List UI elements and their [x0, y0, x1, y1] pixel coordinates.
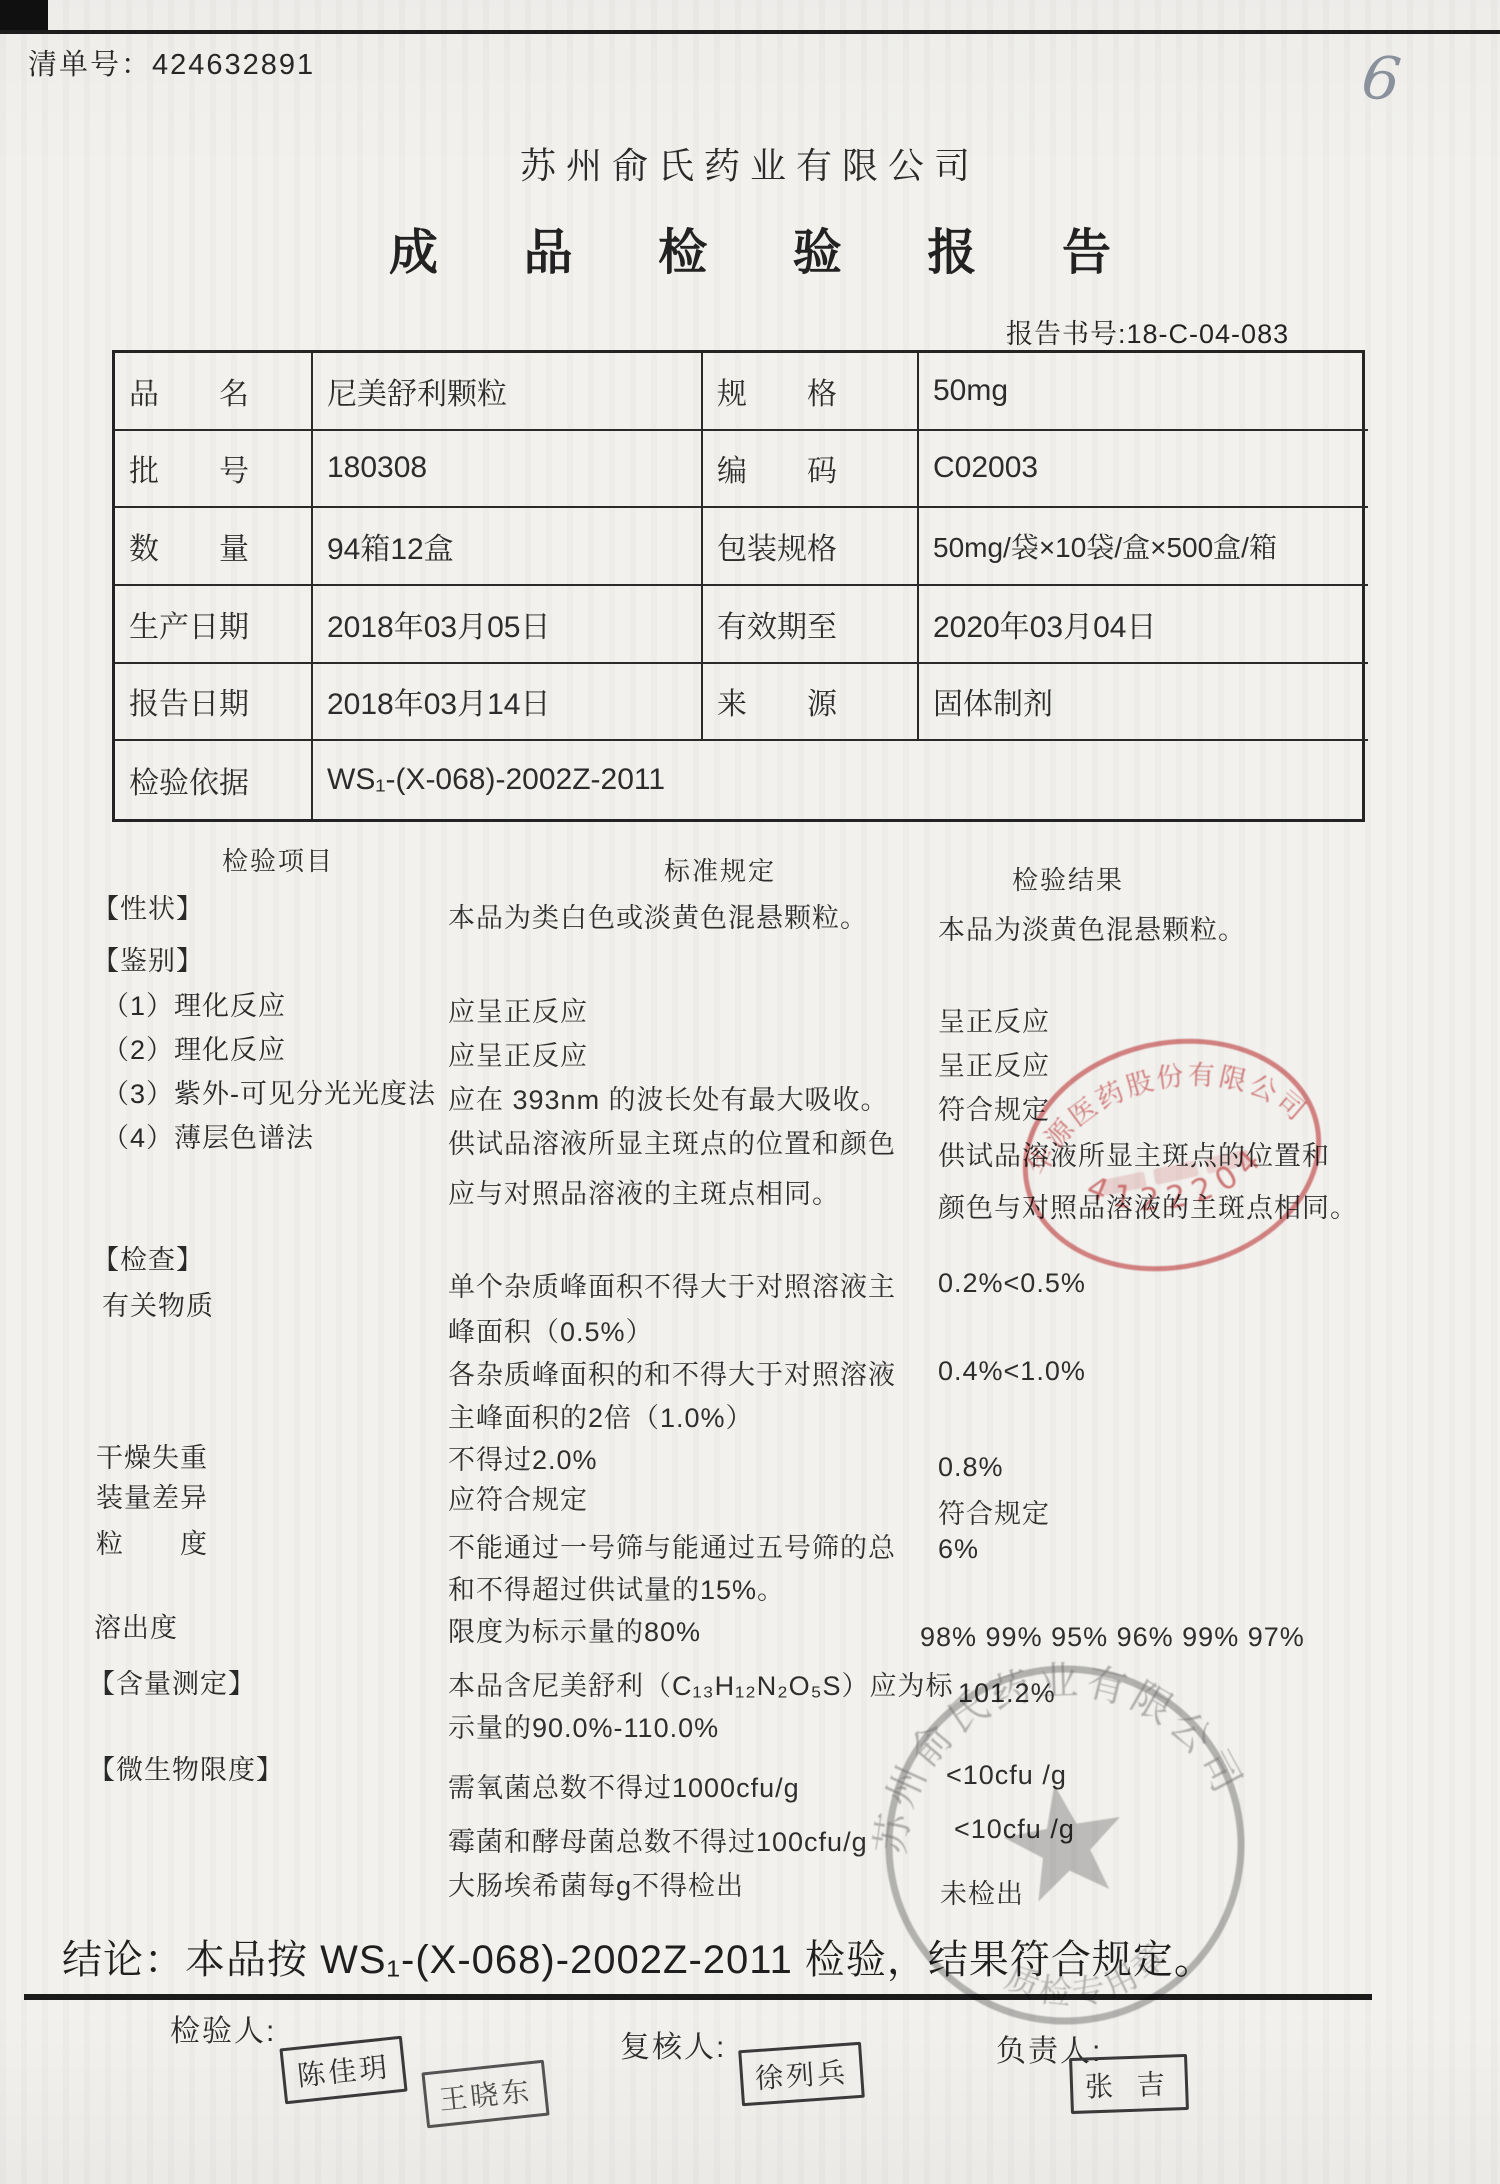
test-result-line: 颜色与对照品溶液的主斑点相同。	[938, 1186, 1358, 1225]
info-label: 规 格	[703, 353, 919, 431]
test-spec-line: 和不得超过供试量的15%。	[448, 1568, 785, 1607]
info-value: 50mg	[919, 353, 1368, 431]
test-item-label: 溶出度	[94, 1606, 178, 1645]
column-header-spec: 标准规定	[664, 851, 776, 888]
report-number-label: 报告书号:	[1006, 319, 1127, 349]
signature-stamp-reviewer: 徐列兵	[738, 2042, 865, 2106]
test-spec-line: 应呈正反应	[448, 1034, 588, 1073]
report-title: 成 品 检 验 报 告	[0, 214, 1500, 284]
test-spec-line: 本品为类白色或淡黄色混悬颗粒。	[448, 896, 868, 935]
test-spec-line: 不能通过一号筛与能通过五号筛的总	[448, 1526, 896, 1565]
info-value: WS₁-(X-068)-2002Z-2011	[313, 741, 1368, 819]
footer-divider-line	[24, 1994, 1372, 2000]
test-result-line: 98% 99% 95% 96% 99% 97%	[920, 1622, 1305, 1653]
test-spec-line: 应与对照品溶液的主斑点相同。	[448, 1172, 840, 1211]
info-label: 来 源	[703, 664, 919, 742]
test-result-line: 101.2%	[958, 1678, 1056, 1709]
test-result-line: 未检出	[940, 1872, 1024, 1911]
info-label: 包装规格	[703, 508, 919, 586]
info-value: 2020年03月04日	[919, 586, 1368, 664]
info-label: 编 码	[703, 431, 919, 509]
list-number-value: 424632891	[152, 49, 315, 81]
info-value: 固体制剂	[919, 664, 1368, 742]
test-item-label: 有关物质	[102, 1284, 214, 1323]
test-spec-line: 示量的90.0%-110.0%	[448, 1706, 719, 1745]
test-spec-line: 不得过2.0%	[448, 1438, 598, 1477]
test-spec-line: 应呈正反应	[448, 990, 588, 1029]
test-item-label: （2）理化反应	[102, 1028, 286, 1067]
test-spec-line: 主峰面积的2倍（1.0%）	[448, 1396, 754, 1435]
test-spec-line: 供试品溶液所显主斑点的位置和颜色	[448, 1122, 896, 1161]
test-result-line: 供试品溶液所显主斑点的位置和	[938, 1134, 1330, 1173]
company-name: 苏州俞氏药业有限公司	[0, 138, 1500, 189]
info-value: 94箱12盒	[313, 508, 703, 586]
test-item-label: 【检查】	[92, 1238, 204, 1277]
info-label: 报告日期	[115, 664, 313, 742]
report-number: 报告书号:18-C-04-083	[1006, 312, 1289, 351]
product-info-table: 品 名 尼美舒利颗粒 规 格 50mg 批 号 180308 编 码 C0200…	[112, 350, 1365, 822]
report-number-value: 18-C-04-083	[1127, 319, 1290, 349]
test-result-line: <10cfu /g	[954, 1814, 1075, 1845]
test-item-label: 【含量测定】	[88, 1662, 256, 1701]
test-result-line: 6%	[938, 1534, 979, 1565]
signature-stamp-inspector2: 王晓东	[421, 2060, 549, 2129]
column-header-result: 检验结果	[1012, 860, 1124, 897]
test-item-label: 【性状】	[92, 887, 204, 926]
conclusion-text: 结论：本品按 WS₁-(X-068)-2002Z-2011 检验，结果符合规定。	[62, 1928, 1215, 1985]
test-spec-line: 应在 393nm 的波长处有最大吸收。	[448, 1078, 889, 1117]
info-value: 尼美舒利颗粒	[313, 353, 703, 431]
info-label: 数 量	[115, 508, 313, 586]
test-spec-line: 各杂质峰面积的和不得大于对照溶液	[448, 1353, 896, 1392]
info-value: 2018年03月05日	[313, 586, 703, 664]
test-result-line: 0.4%<1.0%	[938, 1356, 1086, 1387]
info-label: 生产日期	[115, 586, 313, 664]
info-value: 50mg/袋×10袋/盒×500盒/箱	[919, 508, 1368, 586]
test-item-label: 粒 度	[96, 1522, 208, 1561]
list-number: 清单号：424632891	[28, 42, 315, 83]
test-result-line: 0.2%<0.5%	[938, 1268, 1086, 1299]
test-item-label: （1）理化反应	[102, 984, 286, 1023]
test-item-label: 【微生物限度】	[88, 1748, 284, 1787]
test-item-label: （4）薄层色谱法	[102, 1116, 314, 1155]
list-number-label: 清单号：	[28, 49, 152, 81]
handwritten-page-number: 6	[1358, 42, 1404, 116]
test-spec-line: 限度为标示量的80%	[448, 1610, 701, 1649]
test-spec-line: 需氧菌总数不得过1000cfu/g	[448, 1766, 800, 1805]
test-result-line: 符合规定	[938, 1492, 1050, 1531]
info-label: 有效期至	[703, 586, 919, 664]
test-result-line: 0.8%	[938, 1452, 1004, 1483]
signature-stamp-inspector1: 陈佳玥	[279, 2036, 407, 2105]
test-item-label: 【鉴别】	[92, 939, 204, 978]
test-item-label: 干燥失重	[96, 1436, 208, 1475]
test-item-label: 装量差异	[96, 1476, 208, 1515]
info-value: 180308	[313, 431, 703, 509]
signature-stamp-manager: 张 吉	[1069, 2054, 1189, 2114]
test-spec-line: 应符合规定	[448, 1478, 588, 1517]
test-result-line: 符合规定	[938, 1088, 1050, 1127]
test-result-line: 本品为淡黄色混悬颗粒。	[938, 908, 1246, 947]
info-label: 品 名	[115, 353, 313, 431]
test-result-line: 呈正反应	[938, 1000, 1050, 1039]
test-spec-line: 单个杂质峰面积不得大于对照溶液主	[448, 1265, 896, 1304]
test-item-label: （3）紫外-可见分光光度法	[102, 1072, 436, 1111]
test-spec-line: 霉菌和酵母菌总数不得过100cfu/g	[448, 1820, 868, 1859]
scan-corner-mark	[0, 0, 48, 30]
inspector-label: 检验人:	[170, 2006, 276, 2050]
test-result-line: 呈正反应	[938, 1044, 1050, 1083]
top-border-line	[0, 30, 1500, 34]
test-spec-line: 大肠埃希菌每g不得检出	[448, 1864, 744, 1903]
info-label: 批 号	[115, 431, 313, 509]
test-spec-line: 峰面积（0.5%）	[448, 1310, 654, 1349]
info-value: 2018年03月14日	[313, 664, 703, 742]
info-value: C02003	[919, 431, 1368, 509]
reviewer-label: 复核人:	[620, 2022, 726, 2066]
info-label: 检验依据	[115, 741, 313, 819]
column-header-item: 检验项目	[222, 841, 334, 878]
test-result-line: <10cfu /g	[946, 1760, 1067, 1791]
scanned-inspection-report: 清单号：424632891 6 苏州俞氏药业有限公司 成 品 检 验 报 告 报…	[0, 0, 1500, 2184]
test-spec-line: 本品含尼美舒利（C₁₃H₁₂N₂O₅S）应为标	[448, 1664, 954, 1703]
